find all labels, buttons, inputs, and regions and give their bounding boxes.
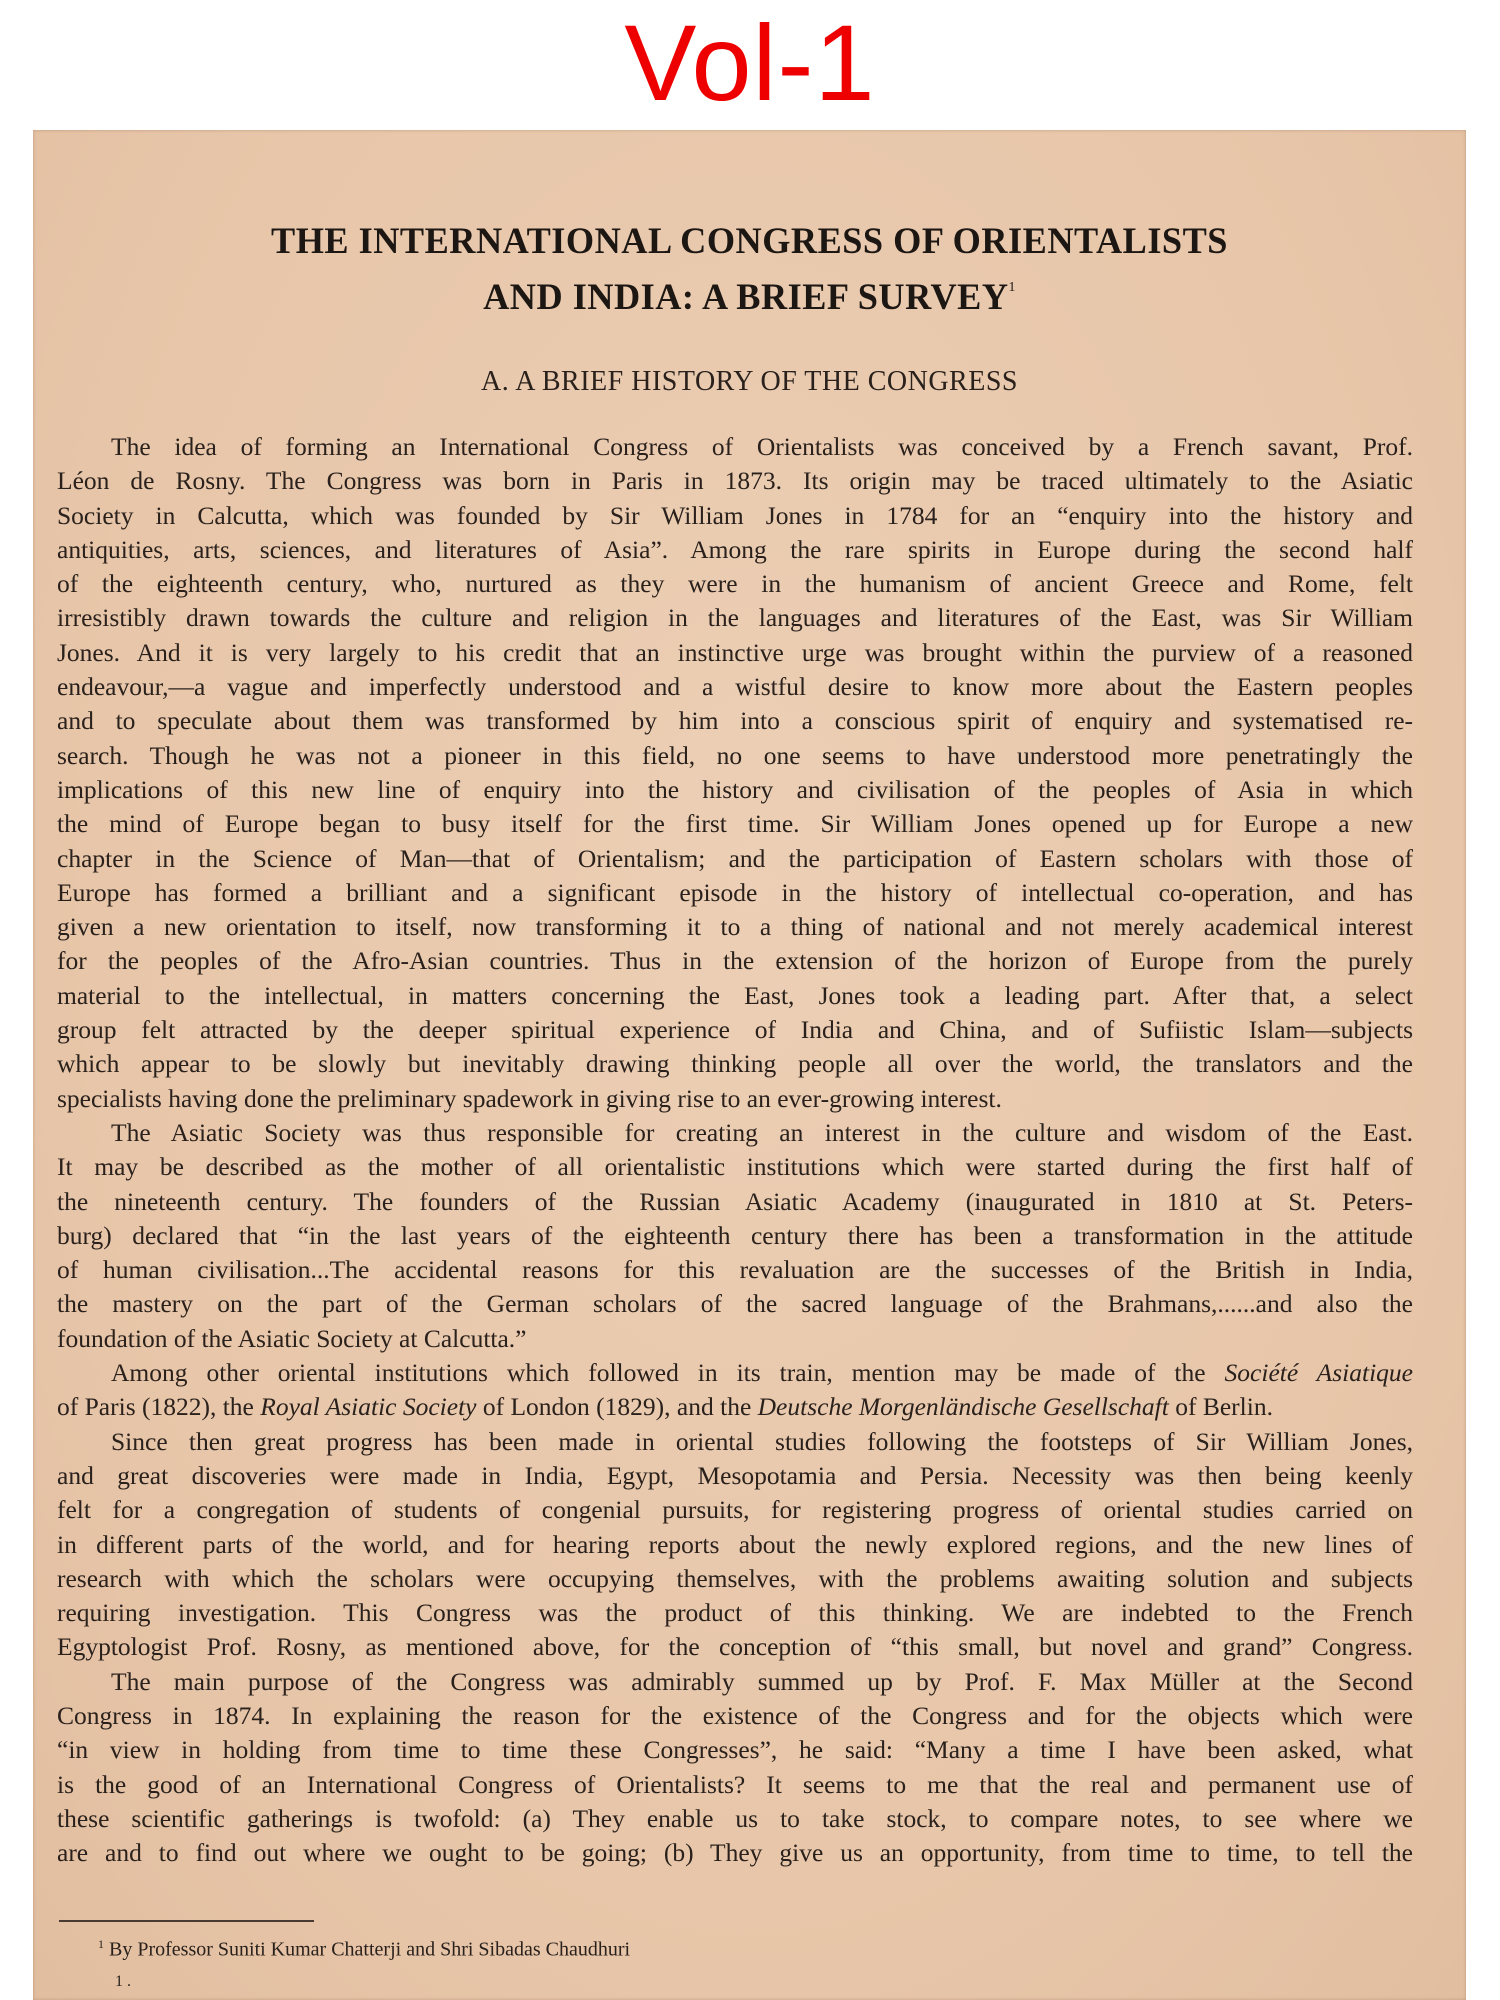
text-line: Léon de Rosny. The Congress was born in … bbox=[57, 464, 1413, 498]
text-line: requiring investigation. This Congress w… bbox=[57, 1596, 1413, 1630]
text-line: which appear to be slowly but inevitably… bbox=[57, 1047, 1413, 1081]
italic-title: Société Asiatique bbox=[1225, 1358, 1413, 1387]
section-heading: A. A BRIEF HISTORY OF THE CONGRESS bbox=[33, 366, 1466, 398]
scanned-page: THE INTERNATIONAL CONGRESS OF ORIENTALIS… bbox=[33, 130, 1466, 2000]
text-line: It may be described as the mother of all… bbox=[57, 1150, 1413, 1184]
italic-title: Royal Asiatic Society bbox=[260, 1392, 476, 1421]
text-run: of Berlin. bbox=[1169, 1392, 1273, 1421]
page-mark: 1 . bbox=[115, 1973, 131, 1991]
text-line: Congress in 1874. In explaining the reas… bbox=[57, 1699, 1413, 1733]
text-line: the nineteenth century. The founders of … bbox=[57, 1185, 1413, 1219]
text-line: in different parts of the world, and for… bbox=[57, 1528, 1413, 1562]
text-line: given a new orientation to itself, now t… bbox=[57, 910, 1413, 944]
footnote-text: By Professor Suniti Kumar Chatterji and … bbox=[104, 1939, 630, 1961]
text-line: burg) declared that “in the last years o… bbox=[57, 1219, 1413, 1253]
text-line: chapter in the Science of Man—that of Or… bbox=[57, 842, 1413, 876]
text-line: of Paris (1822), the Royal Asiatic Socie… bbox=[57, 1390, 1413, 1424]
text-line: the mind of Europe began to busy itself … bbox=[57, 807, 1413, 841]
footnote: 1 By Professor Suniti Kumar Chatterji an… bbox=[98, 1937, 630, 1962]
text-line: endeavour,—a vague and imperfectly under… bbox=[57, 670, 1413, 704]
text-line: irresistibly drawn towards the culture a… bbox=[57, 601, 1413, 635]
text-line: The main purpose of the Congress was adm… bbox=[57, 1665, 1413, 1699]
text-line: for the peoples of the Afro-Asian countr… bbox=[57, 944, 1413, 978]
text-line: is the good of an International Congress… bbox=[57, 1768, 1413, 1802]
title-footnote-mark: 1 bbox=[1009, 280, 1016, 295]
text-run: of Paris (1822), the bbox=[57, 1392, 260, 1421]
text-line: felt for a congregation of students of c… bbox=[57, 1493, 1413, 1527]
text-line: Society in Calcutta, which was founded b… bbox=[57, 499, 1413, 533]
volume-label: Vol-1 bbox=[0, 4, 1500, 122]
text-line: of human civilisation...The accidental r… bbox=[57, 1253, 1413, 1287]
footnote-divider bbox=[59, 1920, 314, 1922]
article-title-text: AND INDIA: A BRIEF SURVEY bbox=[483, 277, 1008, 318]
text-line: The idea of forming an International Con… bbox=[57, 430, 1413, 464]
text-line: the mastery on the part of the German sc… bbox=[57, 1287, 1413, 1321]
text-line: Europe has formed a brilliant and a sign… bbox=[57, 876, 1413, 910]
text-line: group felt attracted by the deeper spiri… bbox=[57, 1013, 1413, 1047]
text-line: material to the intellectual, in matters… bbox=[57, 979, 1413, 1013]
text-line: Jones. And it is very largely to his cre… bbox=[57, 636, 1413, 670]
text-line: foundation of the Asiatic Society at Cal… bbox=[57, 1322, 1413, 1356]
text-line: implications of this new line of enquiry… bbox=[57, 773, 1413, 807]
italic-title: Deutsche Morgenländische Gesellschaft bbox=[758, 1392, 1169, 1421]
article-title-line-2: AND INDIA: A BRIEF SURVEY1 bbox=[47, 276, 1451, 319]
text-line: and to speculate about them was transfor… bbox=[57, 704, 1413, 738]
text-line: specialists having done the preliminary … bbox=[57, 1082, 1413, 1116]
text-line: are and to find out where we ought to be… bbox=[57, 1836, 1413, 1870]
text-line: Among other oriental institutions which … bbox=[57, 1356, 1413, 1390]
text-line: “in view in holding from time to time th… bbox=[57, 1733, 1413, 1767]
text-line: research with which the scholars were oc… bbox=[57, 1562, 1413, 1596]
text-line: search. Though he was not a pioneer in t… bbox=[57, 739, 1413, 773]
text-line: The Asiatic Society was thus responsible… bbox=[57, 1116, 1413, 1150]
text-line: Since then great progress has been made … bbox=[57, 1425, 1413, 1459]
text-run: Among other oriental institutions which … bbox=[111, 1358, 1225, 1387]
article-title-line-1: THE INTERNATIONAL CONGRESS OF ORIENTALIS… bbox=[47, 220, 1451, 263]
text-line: Egyptologist Prof. Rosny, as mentioned a… bbox=[57, 1630, 1413, 1664]
text-line: of the eighteenth century, who, nurtured… bbox=[57, 567, 1413, 601]
article-body: The idea of forming an International Con… bbox=[57, 430, 1413, 1870]
text-run: of London (1829), and the bbox=[476, 1392, 757, 1421]
text-line: antiquities, arts, sciences, and literat… bbox=[57, 533, 1413, 567]
text-line: and great discoveries were made in India… bbox=[57, 1459, 1413, 1493]
text-line: these scientific gatherings is twofold: … bbox=[57, 1802, 1413, 1836]
